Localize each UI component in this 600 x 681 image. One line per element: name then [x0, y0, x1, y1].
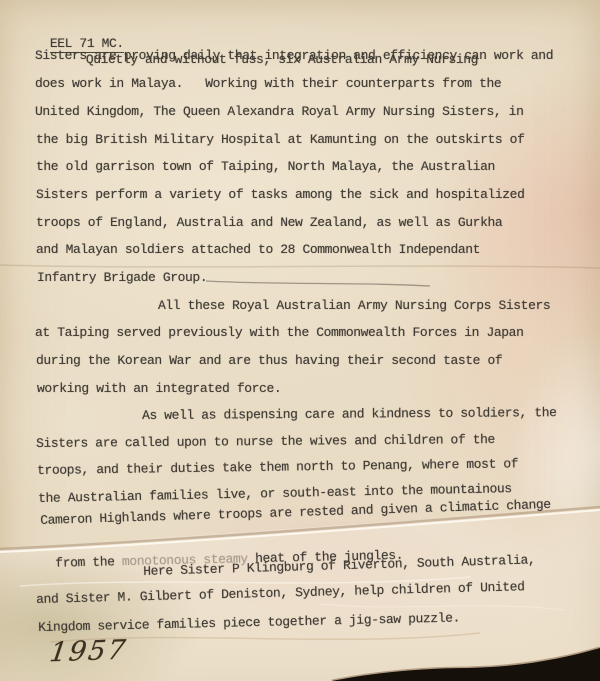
typed-line: Sisters are proving daily that integrati…	[35, 48, 553, 64]
typed-line-text: from the	[55, 554, 122, 571]
typed-line: troops of England, Australia and New Zea…	[36, 215, 502, 231]
typed-line: the big British Military Hospital at Kam…	[36, 132, 524, 148]
handwritten-year: 1957	[48, 635, 130, 669]
typed-line: at Taiping served previously with the Co…	[35, 325, 523, 341]
typed-line: Infantry Brigade Group.	[37, 270, 207, 286]
typed-line: does work in Malaya. Working with their …	[35, 76, 501, 92]
typed-line: and Malayan soldiers attached to 28 Comm…	[36, 242, 480, 258]
typed-line: All these Royal Australian Army Nursing …	[158, 298, 550, 314]
typed-line: Sisters perform a variety of tasks among…	[36, 187, 524, 203]
typed-line: during the Korean War and are thus havin…	[36, 353, 502, 369]
typed-line: United Kingdom, The Queen Alexandra Roya…	[35, 104, 523, 120]
typed-line: As well as dispensing care and kindness …	[142, 405, 557, 424]
typed-line: the old garrison town of Taiping, North …	[36, 159, 495, 175]
typed-line: working with an integrated force.	[37, 381, 281, 397]
